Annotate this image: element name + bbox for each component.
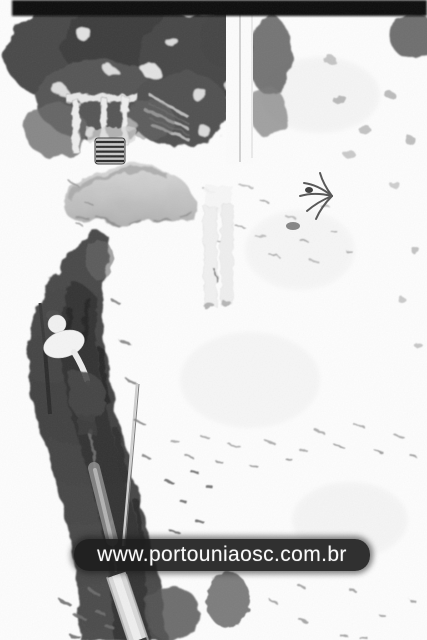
watermark-text: www.portouniaosc.com.br [97, 543, 347, 567]
photograph: www.portouniaosc.com.br [0, 0, 427, 640]
watermark-band: www.portouniaosc.com.br [74, 539, 370, 571]
